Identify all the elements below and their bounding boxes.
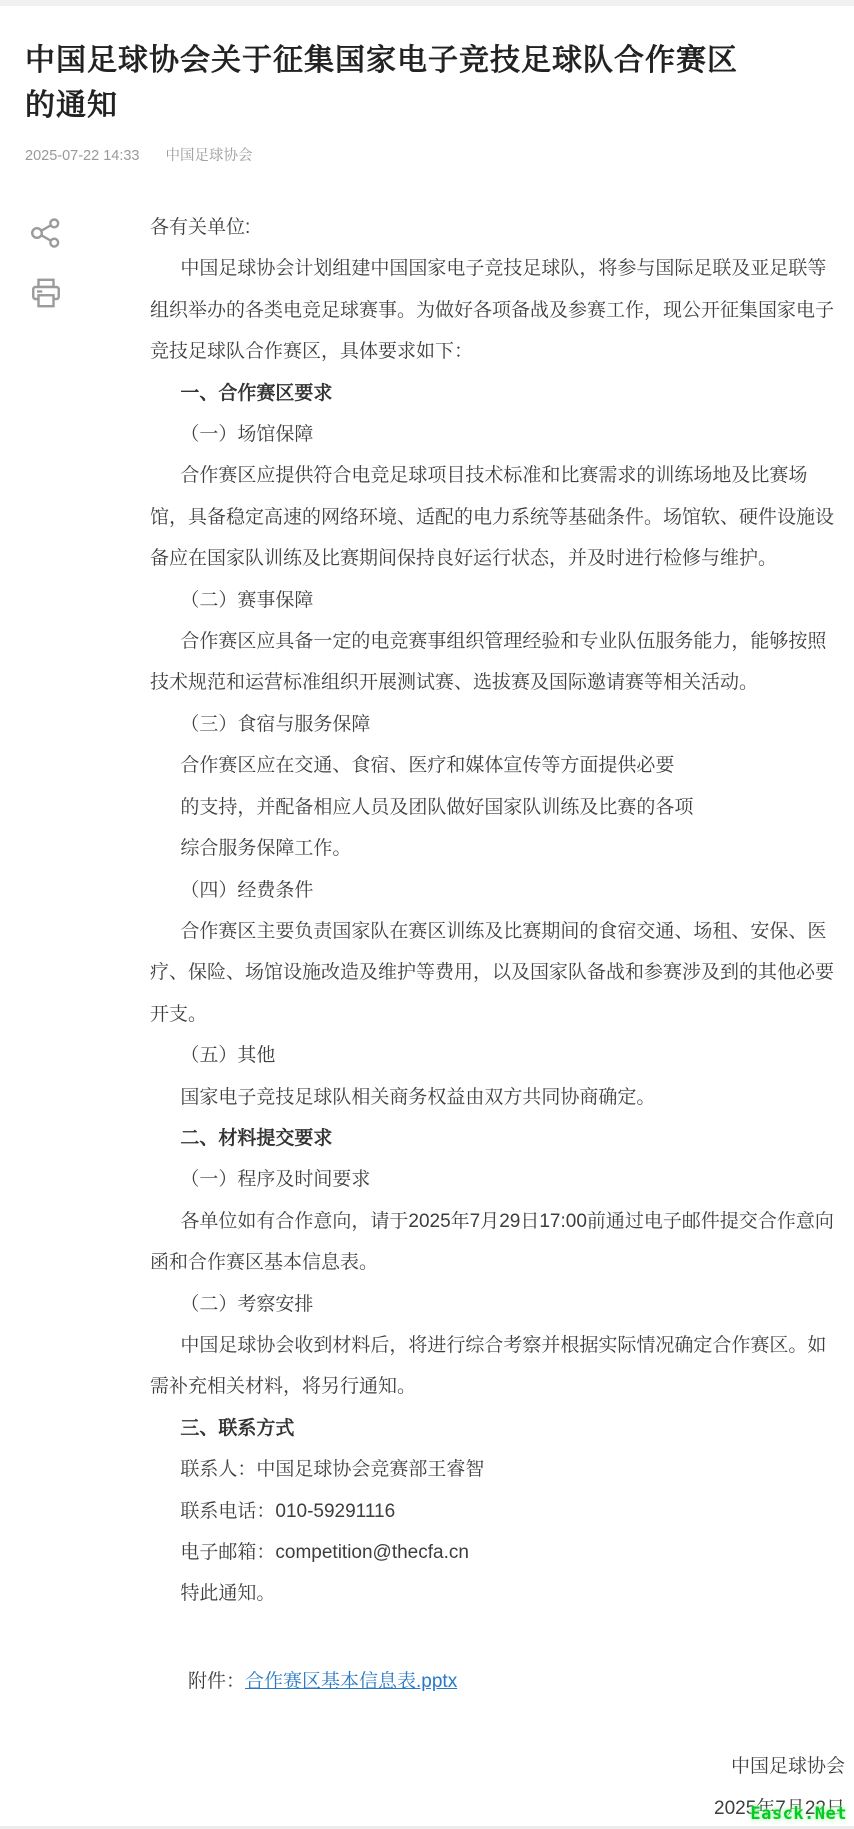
section-1-3-heading: （三）食宿与服务保障: [150, 704, 845, 745]
share-button[interactable]: [28, 215, 64, 251]
paragraph: 的支持，并配备相应人员及团队做好国家队训练及比赛的各项: [150, 787, 845, 828]
paragraph: 合作赛区主要负责国家队在赛区训练及比赛期间的食宿交通、场租、安保、医疗、保险、场…: [150, 911, 845, 1035]
article-page: 中国足球协会关于征集国家电子竞技足球队合作赛区的通知 2025-07-22 14…: [0, 0, 854, 1829]
section-2-1-heading: （一）程序及时间要求: [150, 1159, 845, 1200]
contact-phone: 联系电话：010-59291116: [150, 1491, 845, 1532]
contact-email: 电子邮箱：competition@thecfa.cn: [150, 1532, 845, 1573]
paragraph: 综合服务保障工作。: [150, 828, 845, 869]
attachment-link[interactable]: 合作赛区基本信息表.pptx: [245, 1671, 457, 1692]
signature-org: 中国足球协会: [150, 1746, 845, 1787]
section-1-4-heading: （四）经费条件: [150, 870, 845, 911]
share-icon: [28, 215, 64, 251]
closing-line: 特此通知。: [150, 1573, 845, 1614]
section-2-heading: 二、材料提交要求: [150, 1118, 845, 1159]
attachment-row: 附件：合作赛区基本信息表.pptx: [150, 1661, 845, 1702]
watermark: Easck.Net: [750, 1804, 847, 1824]
paragraph: 各单位如有合作意向，请于2025年7月29日17:00前通过电子邮件提交合作意向…: [150, 1201, 845, 1284]
section-3-heading: 三、联系方式: [150, 1408, 845, 1449]
attachment-label: 附件：: [188, 1671, 245, 1692]
print-button[interactable]: [28, 275, 64, 311]
paragraph: 合作赛区应在交通、食宿、医疗和媒体宣传等方面提供必要: [150, 745, 845, 786]
content-row: 各有关单位: 中国足球协会计划组建中国国家电子竞技足球队，将参与国际足联及亚足联…: [0, 207, 854, 1829]
paragraph: 中国足球协会收到材料后，将进行综合考察并根据实际情况确定合作赛区。如需补充相关材…: [150, 1325, 845, 1408]
article-body: 各有关单位: 中国足球协会计划组建中国国家电子竞技足球队，将参与国际足联及亚足联…: [150, 207, 854, 1829]
paragraph: 合作赛区应提供符合电竞足球项目技术标准和比赛需求的训练场地及比赛场馆，具备稳定高…: [150, 455, 845, 579]
page-top-edge: [0, 0, 854, 6]
contact-person: 联系人：中国足球协会竞赛部王睿智: [150, 1449, 845, 1490]
source-label: 中国足球协会: [166, 148, 253, 164]
publish-date: 2025-07-22 14:33: [25, 148, 140, 164]
paragraph: 国家电子竞技足球队相关商务权益由双方共同协商确定。: [150, 1077, 845, 1118]
salutation: 各有关单位:: [150, 207, 845, 248]
print-icon: [28, 275, 64, 311]
section-1-2-heading: （二）赛事保障: [150, 580, 845, 621]
intro-paragraph: 中国足球协会计划组建中国国家电子竞技足球队，将参与国际足联及亚足联等组织举办的各…: [150, 248, 845, 372]
article-meta: 2025-07-22 14:33 中国足球协会: [25, 144, 829, 165]
section-1-heading: 一、合作赛区要求: [150, 373, 845, 414]
page-title: 中国足球协会关于征集国家电子竞技足球队合作赛区的通知: [25, 38, 759, 128]
section-1-1-heading: （一）场馆保障: [150, 414, 845, 455]
paragraph: 合作赛区应具备一定的电竞赛事组织管理经验和专业队伍服务能力，能够按照技术规范和运…: [150, 621, 845, 704]
section-2-2-heading: （二）考察安排: [150, 1284, 845, 1325]
side-toolbar: [0, 207, 150, 1829]
section-1-5-heading: （五）其他: [150, 1035, 845, 1076]
